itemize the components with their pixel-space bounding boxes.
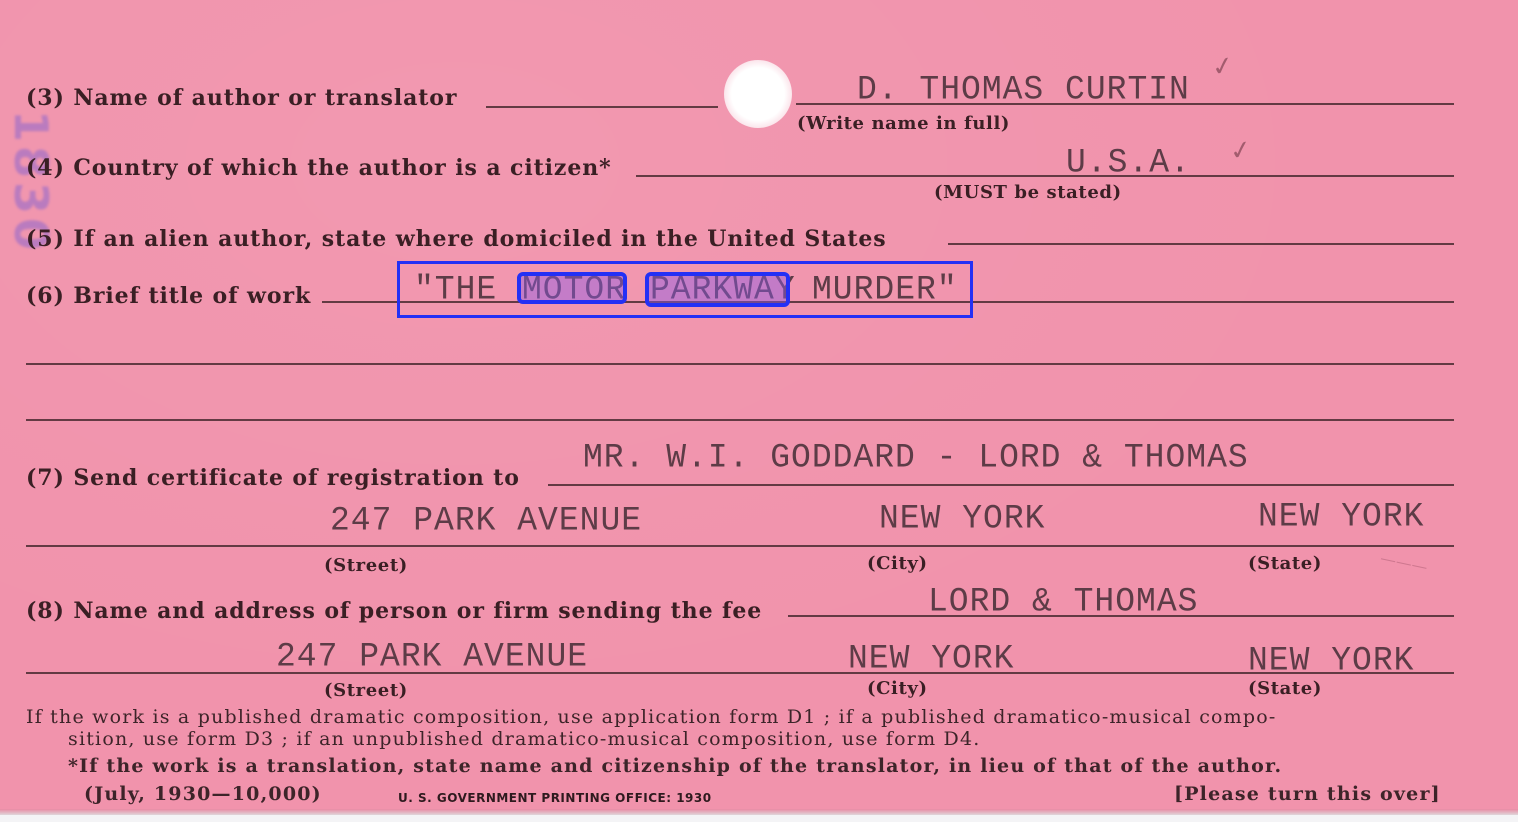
fee-street-caption: (Street) xyxy=(324,680,408,701)
highlight-word-parkway xyxy=(645,272,790,307)
author-label: (3) Name of author or translator xyxy=(26,85,457,111)
country-label: (4) Country of which the author is a cit… xyxy=(26,155,612,181)
country-value[interactable]: U.S.A. xyxy=(1066,143,1191,182)
send-state-value[interactable]: NEW YORK xyxy=(1258,497,1424,536)
fee-address-line xyxy=(26,672,1454,674)
fee-sender-name-value[interactable]: LORD & THOMAS xyxy=(928,582,1198,621)
fee-city-caption: (City) xyxy=(867,678,928,699)
send-name-value[interactable]: MR. W.I. GODDARD - LORD & THOMAS xyxy=(583,438,1249,477)
author-caption: (Write name in full) xyxy=(797,113,1010,134)
send-name-line xyxy=(548,484,1454,486)
footnote-forms-line1: If the work is a published dramatic comp… xyxy=(26,706,1277,728)
author-line-left xyxy=(486,106,718,108)
send-city-caption: (City) xyxy=(867,553,928,574)
fee-street-value[interactable]: 247 PARK AVENUE xyxy=(276,637,588,676)
edition-note: (July, 1930—10,000) xyxy=(84,783,322,805)
checkmark-icon: ✓ xyxy=(1228,134,1255,167)
highlight-word-motor xyxy=(517,272,627,304)
country-line xyxy=(636,175,1454,177)
alien-domicile-label: (5) If an alien author, state where domi… xyxy=(26,226,887,252)
copyright-application-card: 1830 (3) Name of author or translator D.… xyxy=(0,0,1518,815)
country-caption: (MUST be stated) xyxy=(934,182,1122,203)
send-state-caption: (State) xyxy=(1248,553,1322,574)
fee-state-value[interactable]: NEW YORK xyxy=(1248,641,1414,680)
pencil-mark: ——— xyxy=(1379,548,1430,577)
checkmark-icon: ✓ xyxy=(1210,50,1237,83)
turn-over-note: [Please turn this over] xyxy=(1174,783,1441,805)
send-certificate-label: (7) Send certificate of registration to xyxy=(26,465,520,491)
footnote-translation: *If the work is a translation, state nam… xyxy=(68,755,1282,777)
fee-sender-label: (8) Name and address of person or firm s… xyxy=(26,598,762,624)
blank-line-2 xyxy=(26,419,1454,421)
author-value[interactable]: D. THOMAS CURTIN xyxy=(857,70,1190,109)
send-street-value[interactable]: 247 PARK AVENUE xyxy=(330,501,642,540)
printer-imprint: U. S. GOVERNMENT PRINTING OFFICE: 1930 xyxy=(398,791,712,805)
alien-domicile-line[interactable] xyxy=(948,243,1454,245)
send-address-line xyxy=(26,545,1454,547)
send-city-value[interactable]: NEW YORK xyxy=(879,499,1045,538)
send-street-caption: (Street) xyxy=(324,555,408,576)
fee-state-caption: (State) xyxy=(1248,678,1322,699)
title-label: (6) Brief title of work xyxy=(26,283,311,309)
punch-hole xyxy=(724,60,792,128)
footnote-forms-line2: sition, use form D3 ; if an unpublished … xyxy=(68,728,980,750)
blank-line-1 xyxy=(26,363,1454,365)
